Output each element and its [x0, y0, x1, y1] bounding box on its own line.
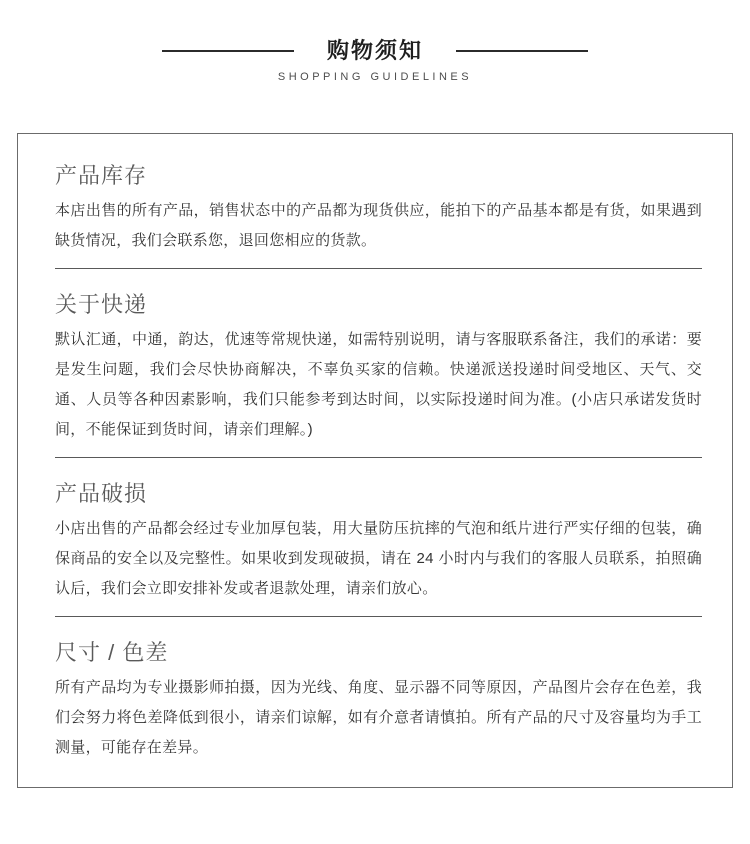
- section-divider: [55, 457, 702, 458]
- title-right-rule: [456, 50, 588, 52]
- title-row: 购物须知: [0, 38, 750, 64]
- section-product-stock: 产品库存 本店出售的所有产品，销售状态中的产品都为现货供应，能拍下的产品基本都是…: [55, 162, 702, 256]
- page-subtitle: SHOPPING GUIDELINES: [0, 70, 750, 84]
- section-product-damage: 产品破损 小店出售的产品都会经过专业加厚包装，用大量防压抗摔的气泡和纸片进行严实…: [55, 480, 702, 604]
- title-left-rule: [162, 50, 294, 52]
- section-divider: [55, 616, 702, 617]
- section-shipping-heading: 关于快递: [55, 291, 702, 319]
- page-title: 购物须知: [327, 38, 423, 64]
- section-size-color-body: 所有产品均为专业摄影师拍摄，因为光线、角度、显示器不同等原因，产品图片会存在色差…: [55, 673, 702, 763]
- section-product-damage-body: 小店出售的产品都会经过专业加厚包装，用大量防压抗摔的气泡和纸片进行严实仔细的包装…: [55, 514, 702, 604]
- section-product-stock-body: 本店出售的所有产品，销售状态中的产品都为现货供应，能拍下的产品基本都是有货，如果…: [55, 196, 702, 256]
- shopping-guidelines-page: 购物须知 SHOPPING GUIDELINES 产品库存 本店出售的所有产品，…: [0, 0, 750, 844]
- section-product-stock-heading: 产品库存: [55, 162, 702, 190]
- section-product-damage-heading: 产品破损: [55, 480, 702, 508]
- section-shipping: 关于快递 默认汇通，中通，韵达，优速等常规快递，如需特别说明，请与客服联系备注，…: [55, 291, 702, 445]
- section-size-color-heading: 尺寸 / 色差: [55, 639, 702, 667]
- section-shipping-body: 默认汇通，中通，韵达，优速等常规快递，如需特别说明，请与客服联系备注，我们的承诺…: [55, 325, 702, 445]
- section-divider: [55, 268, 702, 269]
- page-header: 购物须知 SHOPPING GUIDELINES: [0, 0, 750, 84]
- section-size-color: 尺寸 / 色差 所有产品均为专业摄影师拍摄，因为光线、角度、显示器不同等原因，产…: [55, 639, 702, 763]
- guidelines-panel: 产品库存 本店出售的所有产品，销售状态中的产品都为现货供应，能拍下的产品基本都是…: [17, 133, 733, 788]
